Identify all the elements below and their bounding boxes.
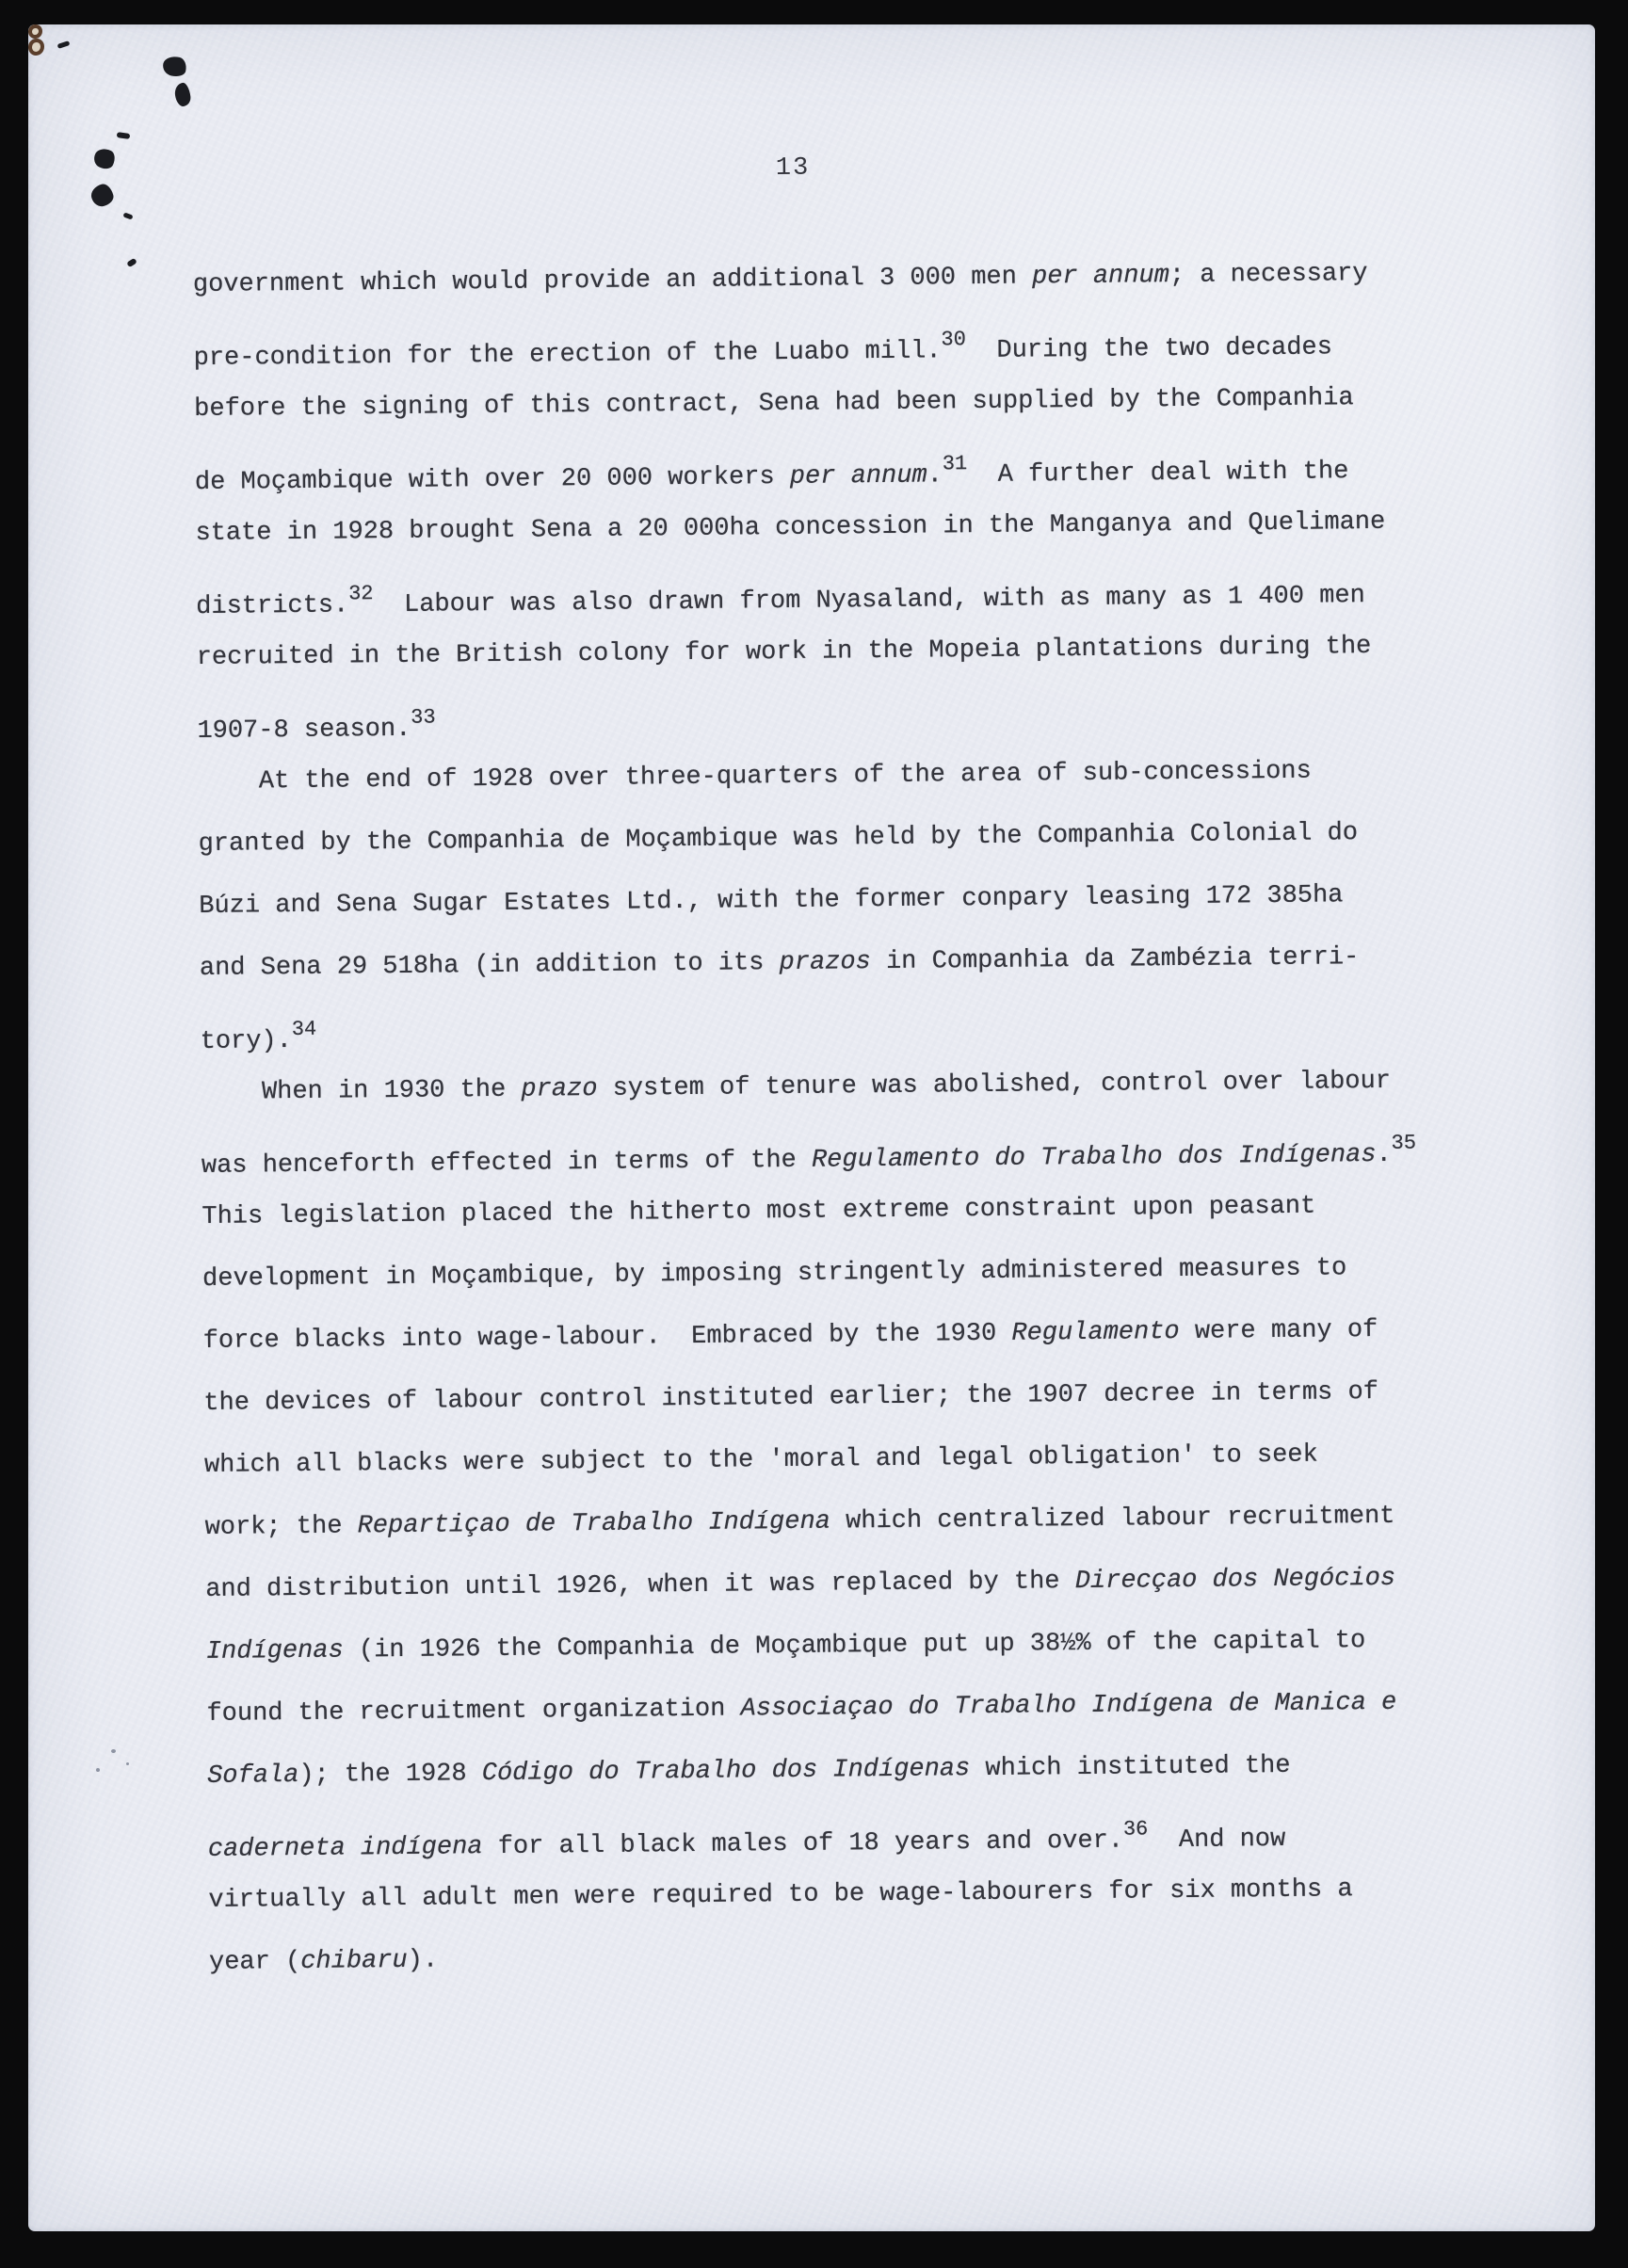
footnote-reference: 33	[411, 706, 436, 730]
text-segment: Indígenas	[206, 1637, 344, 1666]
text-segment: development in Moçambique, by imposing s…	[202, 1254, 1346, 1294]
text-segment: Repartiçao de Trabalho Indígena	[358, 1508, 831, 1541]
text-segment: which centralized labour recruitment	[830, 1503, 1395, 1536]
text-segment: prazos	[779, 948, 871, 977]
text-segment: Regulamento	[1011, 1318, 1180, 1348]
text-segment: per annum	[1032, 262, 1169, 291]
text-line: virtually all adult men were required to…	[208, 1858, 1490, 1932]
text-segment: caderneta indígena	[208, 1833, 483, 1864]
text-segment: And now	[1148, 1826, 1285, 1855]
footnote-reference: 31	[943, 452, 968, 475]
text-segment: .	[927, 461, 943, 490]
text-segment: work; the	[204, 1512, 357, 1542]
text-segment: de Moçambique with over 20 000 workers	[195, 463, 790, 497]
text-segment: system of tenure was abolished, control …	[597, 1068, 1391, 1103]
text-lines: government which would provide an additi…	[193, 242, 1491, 1994]
text-segment: tory).	[201, 1027, 293, 1056]
text-segment: This legislation placed the hitherto mos…	[201, 1193, 1315, 1231]
text-segment: ).	[408, 1947, 439, 1975]
text-segment: for all black males of 18 years and over…	[482, 1827, 1123, 1862]
text-segment: prazo	[521, 1075, 597, 1104]
text-segment: (in 1926 the Companhia de Moçambique put…	[344, 1627, 1366, 1665]
scan-background: 13 government which would provide an add…	[0, 0, 1628, 2268]
footnote-reference: 35	[1391, 1132, 1416, 1155]
footnote-reference: 30	[941, 328, 966, 351]
text-segment: Búzi and Sena Sugar Estates Ltd., with t…	[199, 881, 1343, 921]
text-segment: Associaçao do Trabalho Indígena de Manic…	[740, 1689, 1396, 1724]
text-line: year (chibaru).	[209, 1920, 1491, 1994]
text-segment: which instituted the	[970, 1752, 1291, 1783]
footnote-reference: 32	[348, 582, 374, 605]
text-line: found the recruitment organization Assoc…	[206, 1671, 1488, 1745]
text-segment: year (	[209, 1948, 301, 1977]
text-segment: ); the 1928	[298, 1760, 482, 1790]
text-segment: per annum	[790, 462, 927, 491]
text-segment: .	[1376, 1141, 1391, 1169]
footnote-reference: 36	[1123, 1817, 1149, 1841]
text-segment: chibaru	[300, 1947, 408, 1976]
text-segment: During the two decades	[966, 333, 1332, 365]
footnote-reference: 34	[292, 1018, 317, 1041]
text-line: recruited in the British colony for work…	[196, 615, 1477, 689]
text-segment: was henceforth effected in terms of the	[201, 1147, 812, 1181]
text-segment: were many of	[1180, 1316, 1378, 1346]
scanned-page: 13 government which would provide an add…	[28, 24, 1595, 2231]
text-segment: Direcçao dos Negócios	[1075, 1565, 1396, 1596]
text-segment: and Sena 29 518ha (in addition to its	[200, 949, 780, 983]
text-segment: and distribution until 1926, when it was…	[205, 1568, 1075, 1604]
text-segment: which all blacks were subject to the 'mo…	[204, 1441, 1318, 1480]
text-segment: in Companhia da Zambézia terri-	[871, 943, 1360, 976]
page-number: 13	[775, 137, 810, 200]
text-segment: force blacks into wage-labour. Embraced …	[203, 1320, 1012, 1356]
text-segment: pre-condition for the erection of the Lu…	[194, 337, 942, 373]
text-segment: Sofala	[207, 1761, 299, 1791]
text-segment: Código do Trabalho dos Indígenas	[482, 1755, 971, 1788]
text-segment: Labour was also drawn from Nyasaland, wi…	[374, 582, 1365, 619]
text-segment: At the end of 1928 over three-quarters o…	[198, 758, 1312, 796]
text-segment: districts.	[196, 591, 348, 621]
text-segment: virtually all adult men were required to…	[208, 1875, 1352, 1915]
text-segment: state in 1928 brought Sena a 20 000ha co…	[195, 508, 1385, 548]
text-line: and Sena 29 518ha (in addition to its pr…	[200, 925, 1481, 1000]
text-segment: Regulamento do Trabalho dos Indígenas	[812, 1141, 1377, 1175]
text-segment: found the recruitment organization	[206, 1695, 740, 1728]
text-segment: A further deal with the	[967, 458, 1348, 490]
text-segment: before the signing of this contract, Sen…	[194, 384, 1354, 424]
typewritten-content: 13 government which would provide an add…	[25, 11, 1613, 2233]
text-segment: government which would provide an additi…	[193, 263, 1032, 299]
text-segment: granted by the Companhia de Moçambique w…	[199, 819, 1359, 859]
text-segment: ; a necessary	[1169, 260, 1368, 290]
text-segment: the devices of labour control instituted…	[203, 1378, 1378, 1418]
text-segment: recruited in the British colony for work…	[197, 633, 1372, 672]
text-segment: 1907-8 season.	[197, 716, 411, 746]
text-segment: When in 1930 the	[201, 1076, 522, 1107]
